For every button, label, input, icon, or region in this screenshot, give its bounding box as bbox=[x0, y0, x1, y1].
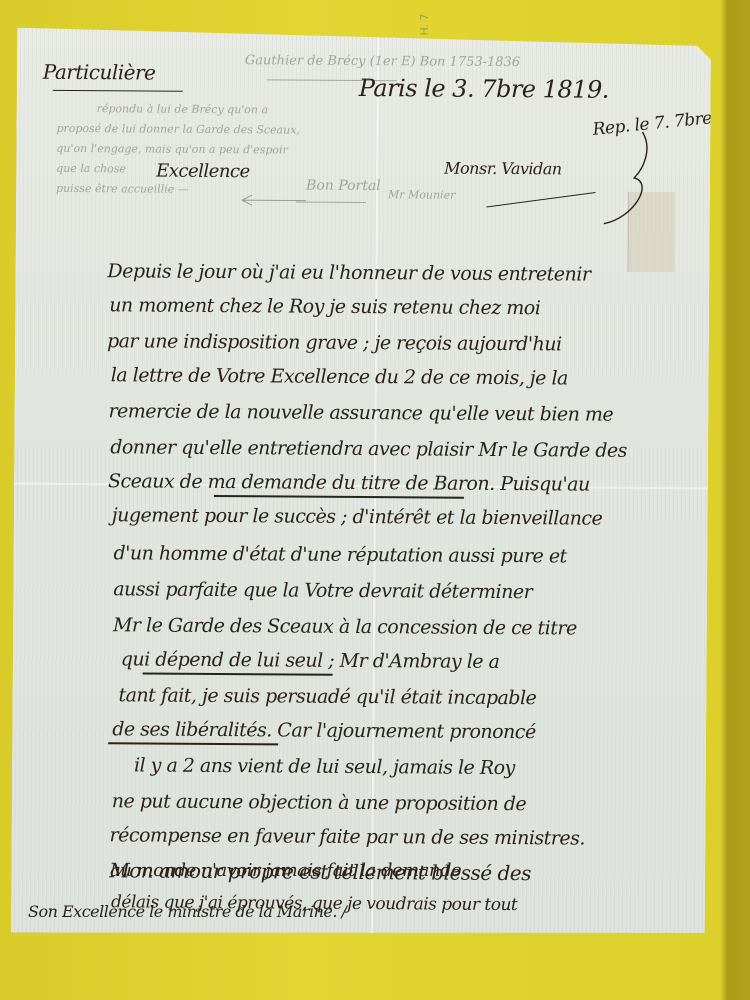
body-line: jugement pour le succès ; d'intérêt et l… bbox=[112, 504, 603, 529]
pencil-top-annotation: Gauthier de Brécy (1er E) Bon 1753-1836 bbox=[245, 53, 520, 70]
body-line: Sceaux de ma demande du titre de Baron. … bbox=[108, 470, 590, 495]
pencil-margin-note: répondu à lui de Brécy qu'on a proposé d… bbox=[17, 28, 711, 33]
pencil-margin-line: répondu à lui de Brécy qu'on a bbox=[97, 102, 269, 116]
underline-titre-baron bbox=[214, 495, 464, 498]
body-line: d'un homme d'état d'une réputation aussi… bbox=[113, 542, 566, 567]
underline-depend-de-lui bbox=[143, 672, 333, 675]
place-date: Paris le 3. 7bre 1819. bbox=[359, 74, 609, 104]
pencil-margin-line: que la chose bbox=[56, 162, 126, 175]
body-line: ne put aucune objection à une propositio… bbox=[112, 790, 527, 815]
heading-particuliere: Particulière bbox=[43, 60, 156, 85]
salutation: Excellence bbox=[156, 161, 250, 183]
pencil-margin-line: qu'on l'engage, mais qu'on a peu d'espoi… bbox=[56, 142, 288, 157]
body-line: tant fait, je suis persuadé qu'il était … bbox=[118, 684, 536, 709]
closing-line: Son Excellence le ministre de la Marine.… bbox=[28, 902, 346, 921]
letter-sheet: Particulière Gauthier de Brécy (1er E) B… bbox=[11, 28, 711, 938]
addressee-underline bbox=[486, 192, 595, 208]
body-line: de ses libéralités. Car l'ajournement pr… bbox=[112, 718, 536, 743]
letter-body: Depuis le jour où j'ai eu l'honneur de v… bbox=[17, 28, 711, 33]
pencil-arrow-icon bbox=[238, 193, 308, 207]
body-line: un moment chez le Roy je suis retenu che… bbox=[109, 294, 540, 319]
body-line: il y a 2 ans vient de lui seul, jamais l… bbox=[134, 754, 515, 779]
body-line: qui dépend de lui seul ; Mr d'Ambray le … bbox=[121, 648, 500, 673]
body-line: récompense en faveur faite par un de ses… bbox=[109, 824, 585, 849]
body-line: Depuis le jour où j'ai eu l'honneur de v… bbox=[107, 260, 590, 285]
pencil-margin-line: proposé de lui donner la Garde des Sceau… bbox=[56, 122, 300, 137]
heading-underline bbox=[53, 90, 183, 92]
body-line: remercie de la nouvelle assurance qu'ell… bbox=[108, 400, 613, 426]
underline-liberalites bbox=[108, 742, 278, 745]
body-line: la lettre de Votre Excellence du 2 de ce… bbox=[111, 364, 568, 389]
body-line: Mr le Garde des Sceaux à la concession d… bbox=[113, 614, 577, 639]
pencil-margin-line: puisse être accueillie — bbox=[56, 182, 189, 196]
addressee-note: Monsr. Vavidan bbox=[444, 159, 562, 179]
pencil-name-mounier: Mr Mounier bbox=[388, 188, 455, 201]
pencil-name-portal: Bon Portal bbox=[306, 178, 381, 195]
reply-flourish bbox=[594, 128, 655, 228]
body-line: par une indisposition grave ; je reçois … bbox=[107, 330, 562, 355]
body-line: donner qu'elle entretiendra avec plaisir… bbox=[110, 436, 627, 462]
body-line: aussi parfaite que la Votre devrait déte… bbox=[113, 578, 532, 603]
body-line: au monde n'avoir jamais fait la demande bbox=[110, 860, 461, 881]
